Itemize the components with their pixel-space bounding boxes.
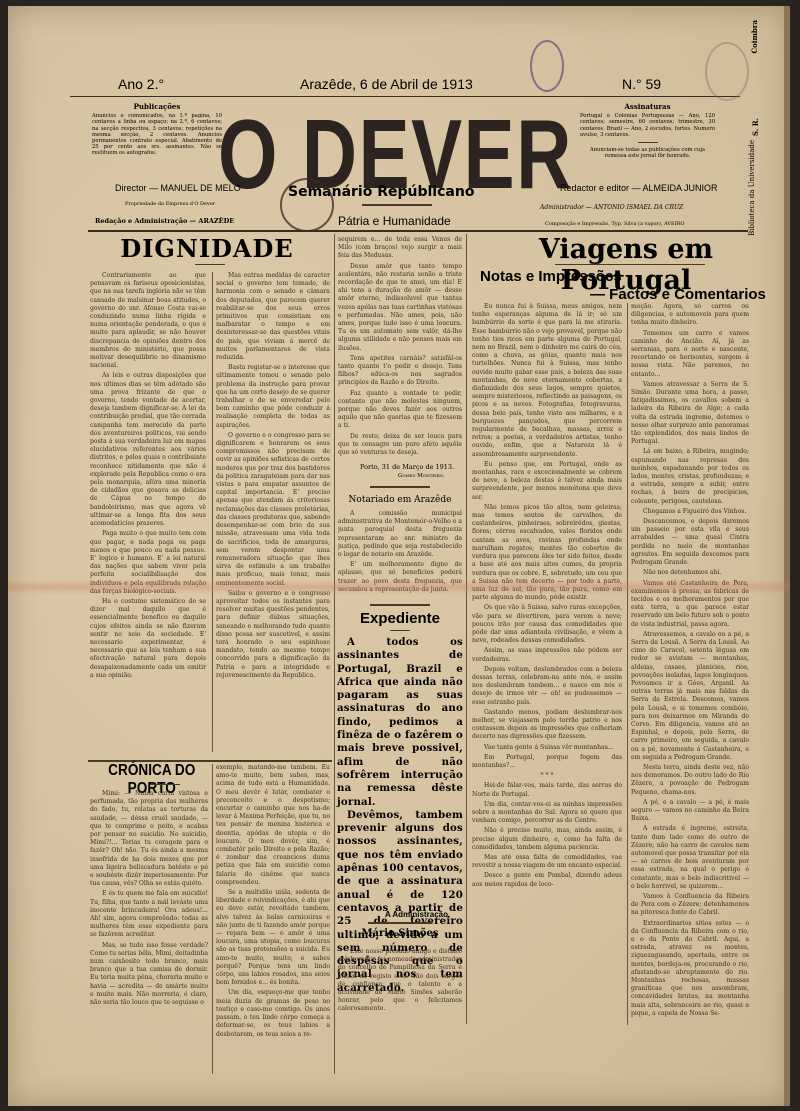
divider	[390, 630, 410, 631]
section-break: * * *	[472, 772, 622, 780]
signoff-place-date: Porto, 31 de Março de 1913.	[360, 463, 454, 471]
side-label-city: Coimbra	[750, 20, 759, 53]
paragraph: Este nosso presado amigo e distinto cola…	[338, 948, 462, 1014]
paragraph: Tomemos um carro e vamos caminho de Anci…	[631, 330, 749, 379]
side-label-library: Biblioteca da Universidade	[748, 140, 756, 236]
publicacoes-heading: Publicações	[92, 104, 222, 110]
cronica-col-2: exemplo, matando-me tambem. Eu amo-te mu…	[216, 764, 330, 1074]
library-stamp	[530, 40, 564, 92]
paragraph: Faz quanto a vontade te pedir, contanto …	[338, 390, 462, 431]
paragraph: exemplo, matando-me tambem. Eu amo-te mu…	[216, 764, 330, 887]
paragraph: Basta registar-se o interesse que ultima…	[216, 364, 330, 430]
ornament-divider	[368, 922, 432, 924]
column-rule	[627, 303, 628, 1025]
dateline: Arazêde, 6 de Abril de 1913	[300, 76, 473, 92]
paragraph: Saiba o governo e o congresso aproveitar…	[216, 590, 330, 680]
subheading-factos: — Factos e Comentarios	[590, 286, 766, 303]
paragraph: Chegamos a Figueiró dos Vinhos.	[631, 508, 749, 516]
assinaturas-note: Anunciam-se todas as publicações com cuj…	[580, 147, 715, 159]
paragraph: Nesta terra, ainda deste vez, não nos de…	[631, 764, 749, 797]
paragraph: Hei-de falar-vos, mais tarde, das serras…	[472, 782, 622, 798]
mario-simoes-text: Este nosso presado amigo e distinto cola…	[338, 948, 462, 1018]
postmark-stamp	[280, 178, 334, 232]
cronica-col-1: Mimi: — Numa carta vistósa e perfumada, …	[90, 790, 208, 1075]
subheading-notas: Notas e Impressões	[480, 268, 622, 285]
paragraph: Um dia, contar-vos-ei as minhas impressõ…	[472, 801, 622, 826]
paragraph: Mas, se tudo isso fosse verdade? Como tu…	[90, 942, 208, 1008]
administrator-credit: Administrador — ANTONIO ISMAEL DA CRUZ	[540, 204, 683, 211]
paragraph: Gastando menos, podiam deslumbrar-nos me…	[472, 709, 622, 742]
paragraph: O governo e o congresso para se dignific…	[216, 432, 330, 588]
paragraph: Não nos detenhamos ahi.	[631, 569, 749, 577]
dignidade-col-2: Mas outras medidas de caracter social o …	[216, 272, 330, 760]
paragraph: Mas até essa falta de comodidades, vae r…	[472, 854, 622, 870]
paragraph: Mimi: — Numa carta vistósa e perfumada, …	[90, 790, 208, 888]
paragraph: Extraordinarios sitios estes — o da Conf…	[631, 920, 749, 1018]
heading-mario-simoes: Mário Simões	[338, 928, 462, 939]
paragraph: Atravessemos, a cavalo ou a pé, a Serra …	[631, 631, 749, 762]
ownership-credit: Propriedade da Empreza d'O Dever	[125, 201, 215, 207]
paragraph: Um dia, esqueço-me que tenho meia duzia …	[216, 989, 330, 1038]
column-rule	[212, 764, 213, 1074]
divider	[150, 784, 180, 785]
paragraph: Contrariamente ao que pensavam os farise…	[90, 272, 206, 370]
paragraph: Se a multidão uiúla, sedenta de liberdad…	[216, 889, 330, 987]
column-rule	[212, 272, 213, 752]
paragraph: As leis e outras disposições que nos ult…	[90, 372, 206, 528]
masthead-rule-top	[70, 96, 740, 97]
side-label-sr: S. R.	[751, 118, 760, 136]
paragraph: Mas outras medidas de caracter social o …	[216, 272, 330, 362]
divider	[638, 142, 658, 143]
viagens-col-1: Eu nunca fui à Suissa, meus amigos, nem …	[472, 303, 622, 1025]
paragraph: A todos os assinantes de Portugal, Brazi…	[337, 636, 463, 809]
paragraph: Vae tanta gente á Suissa vêr montanhas..…	[472, 744, 622, 752]
paragraph: A comissão municipal administrativa de M…	[338, 510, 462, 559]
column-rule	[466, 234, 467, 1024]
heading-dignidade: DIGNIDADE	[92, 234, 322, 263]
ornament-divider	[370, 604, 430, 606]
paragraph: Desse amôr que tanto tempo acalentára, n…	[338, 263, 462, 353]
divider	[555, 264, 705, 265]
subtitle-rule	[362, 204, 432, 206]
paragraph: Vamos à Confluencia da Ribeira de Pera c…	[631, 893, 749, 918]
cronica-continuation: sequirem e... de toda essa Venus de Milo…	[338, 236, 462, 474]
expediente-text: A todos os assinantes de Portugal, Brazi…	[337, 636, 463, 995]
publicacoes-text: Anuncios e comunicados, na 1.ª pagina, 1…	[92, 113, 222, 156]
paragraph: sequirem e... de toda essa Venus de Milo…	[338, 236, 462, 261]
motto: Pátria e Humanidade	[338, 214, 451, 228]
paragraph: Desce a gente em Pombal, dizendo adeus a…	[472, 872, 622, 888]
paragraph: E és tu quem me fala em suicidio! Tu, fi…	[90, 890, 208, 939]
expediente-signoff: A Administração.	[385, 910, 450, 919]
dignidade-col-1: Contrariamente ao que pensavam os farise…	[90, 272, 206, 760]
paragraph: Eu nunca fui à Suissa, meus amigos, nem …	[472, 303, 622, 459]
paragraph: Os que vão à Suissa, salvo raras excepçõ…	[472, 604, 622, 645]
signoff-author: Gomes Monteiro.	[398, 473, 445, 479]
paragraph: Tens apetites carnáis? satisfál-os tanto…	[338, 355, 462, 388]
column-rule	[334, 234, 335, 1074]
paragraph: Eu penso que, em Portugal, onde as monta…	[472, 461, 622, 502]
viagens-col-2: moção. Agora, só carros ou diligencias, …	[631, 303, 749, 1025]
heading-expediente: Expediente	[340, 610, 460, 627]
paragraph: Vamos atravessar a Serra de S. Simão. Du…	[631, 381, 749, 447]
paragraph: Assim, as suas impressões não pódem ser …	[472, 647, 622, 663]
paper-fold-crease	[8, 580, 790, 594]
paragraph: moção. Agora, só carros ou diligencias, …	[631, 303, 749, 328]
assinaturas-text: Portugal e Colonias Portuguezas — Ano, 1…	[580, 113, 715, 138]
masthead-rule-bottom	[88, 230, 748, 232]
heading-notariado: Notariado em Arazêde	[338, 495, 462, 505]
redacao-credit: Redação e Administração — ARAZÊDE	[95, 217, 234, 225]
faded-stamp	[705, 42, 749, 101]
issue-number: N.° 59	[622, 76, 661, 92]
editor-credit: Redactor e editor — ALMEIDA JUNIOR	[560, 183, 718, 193]
paragraph: A pé, e a cavalo — a pé, é mais seguro —…	[631, 799, 749, 824]
ornament-divider	[370, 486, 430, 488]
paragraph: Lá em baixo, a Ribeira, mugindo; espuman…	[631, 448, 749, 505]
paragraph: De resto, deixa de ser louca para que te…	[338, 433, 462, 458]
paragraph: Descancemos, e depois daremos um passeio…	[631, 518, 749, 567]
assinaturas-box: Assinaturas Portugal e Colonias Portugue…	[580, 104, 715, 159]
assinaturas-heading: Assinaturas	[580, 104, 715, 110]
paragraph: Depois voltam, deslumbrados com a beleza…	[472, 666, 622, 707]
paper-right-edge	[784, 6, 790, 1106]
issue-year: Ano 2.°	[118, 76, 164, 92]
printer-credit: Composição e Impressão, Typ. Silva (a va…	[545, 221, 685, 227]
paragraph: Não é preciso muito, mas, ainda assim, é…	[472, 827, 622, 852]
publicacoes-box: Publicações Anuncios e comunicados, na 1…	[92, 104, 222, 157]
director-credit: Director — MANUEL DE MELO	[115, 183, 241, 193]
paragraph: A estrada é ingreme, estreita, tanto dum…	[631, 825, 749, 891]
divider	[195, 264, 225, 265]
paragraph: Ha o costume sistemático de se dizer mal…	[90, 598, 206, 680]
paragraph: Em Portugal, porque fogem das montanhas?…	[472, 754, 622, 770]
